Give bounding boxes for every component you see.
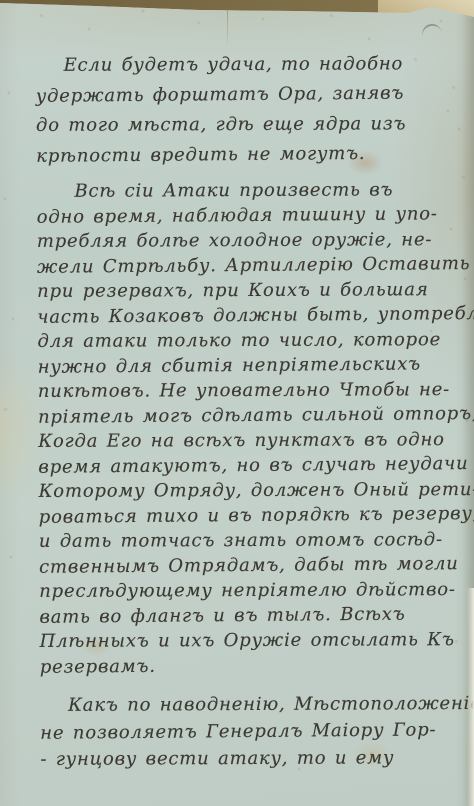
paragraph: Если будетъ удача, то надобно удержать ф…: [35, 49, 450, 172]
foxing-spot: [440, 20, 442, 22]
manuscript-line: ственнымъ Отрядамъ, дабы тѣ могли: [39, 551, 453, 580]
manuscript-line: преслѣдующему непріятелю дѣйство-: [39, 577, 453, 604]
manuscript-line: не позволяетъ Генералъ Маіору Гор-: [40, 716, 454, 747]
foxing-spot: [4, 198, 6, 200]
foxing-spot: [455, 640, 458, 643]
manuscript-page: Если будетъ удача, то надобно удержать ф…: [0, 0, 474, 806]
foxing-spot: [4, 408, 7, 411]
scanner-bed-sliver: [467, 588, 474, 806]
manuscript-line: Если будетъ удача, то надобно: [36, 49, 450, 81]
manuscript-line: удержать форштатъ Ора, занявъ: [36, 78, 450, 112]
foxing-spot: [452, 86, 455, 89]
manuscript-line: пикѣтовъ. Не уповательно Чтобы не-: [38, 377, 452, 404]
manuscript-text: Если будетъ удача, то надобно удержать ф…: [35, 49, 454, 774]
foxing-spot: [300, 8, 302, 10]
manuscript-line: Какъ по наводненію, Мѣстоположеніе: [40, 690, 454, 719]
foxing-spot: [262, 18, 264, 20]
manuscript-line: Которому Отряду, долженъ Оный рети-: [39, 477, 453, 504]
paper-crease: [227, 5, 228, 49]
foxing-spot: [10, 556, 12, 558]
foxing-spot: [142, 10, 144, 12]
foxing-spot: [368, 38, 370, 40]
paragraph: Всѣ сіи Атаки произвесть въ одно время, …: [36, 177, 453, 680]
manuscript-line: часть Козаковъ должны быть, употребляя: [37, 301, 451, 330]
manuscript-line: требляя болѣе холодное оружіе, не-: [37, 227, 451, 254]
manuscript-line: и дать тотчасъ знать отомъ сосѣд-: [39, 527, 453, 554]
manuscript-line: крѣпости вредить не могутъ.: [36, 138, 450, 172]
foxing-spot: [458, 128, 460, 130]
foxing-spot: [330, 14, 333, 17]
manuscript-line: - гунцову вести атаку, то и ему: [40, 744, 454, 773]
manuscript-line: одно время, наблюдая тишину и упо-: [37, 201, 451, 230]
manuscript-line: вать во флангъ и въ тылъ. Всѣхъ: [39, 601, 453, 630]
foxing-spot: [88, 28, 90, 30]
pencil-mark: [420, 22, 442, 38]
manuscript-line: роваться тихо и въ порядкѣ къ резерву,: [39, 501, 453, 530]
foxing-spot: [198, 22, 200, 24]
manuscript-line: жели Стрѣльбу. Артиллерію Оставить: [37, 251, 451, 280]
manuscript-line: при резервахъ, при Коихъ и большая: [37, 277, 451, 304]
foxing-spot: [8, 92, 10, 94]
foxing-spot: [12, 318, 14, 320]
manuscript-line: Всѣ сіи Атаки произвесть въ: [36, 177, 450, 204]
paragraph: Какъ по наводненію, Мѣстоположеніе не по…: [40, 690, 455, 774]
manuscript-line: нужно для сбитія непріятельскихъ: [38, 351, 452, 380]
scanned-document: Если будетъ удача, то надобно удержать ф…: [0, 0, 474, 806]
manuscript-line: пріятель могъ сдѣлать сильной отпоръ,: [38, 401, 452, 430]
manuscript-line: до того мѣста, гдѣ еще ядра изъ: [36, 109, 450, 141]
manuscript-line: резервамъ.: [40, 651, 454, 680]
foxing-spot: [40, 14, 43, 17]
manuscript-line: время атакуютъ, но въ случаѣ неудачи: [38, 451, 452, 480]
manuscript-line: Когда Его на всѣхъ пунктахъ въ одно: [38, 427, 452, 454]
manuscript-line: для атаки только то число, которое: [37, 327, 451, 354]
manuscript-line: Плѣнныхъ и ихъ Оружіе отсылать Къ: [40, 627, 454, 654]
